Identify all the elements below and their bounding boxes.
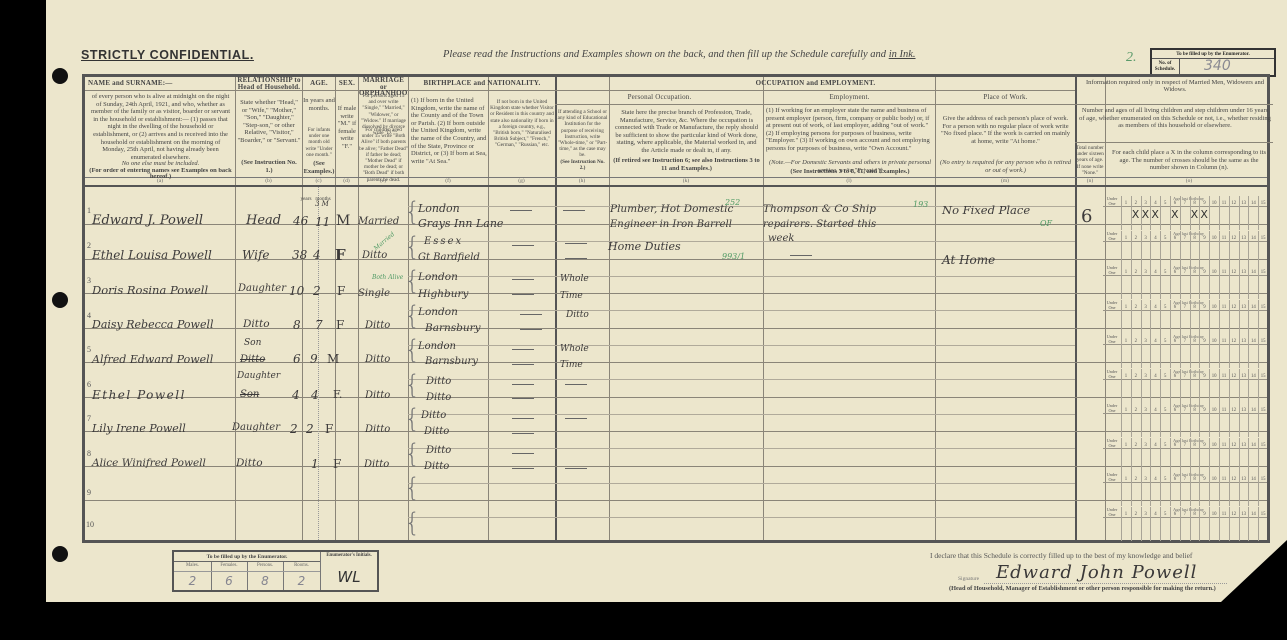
age-column-label: 6 [1170,512,1180,517]
age-years: 6 [293,352,301,366]
age-column-label: 10 [1209,201,1219,206]
declaration-text: I declare that this Schedule is correctl… [930,551,1192,560]
age-months: 11 [315,215,330,229]
age-column-label: 8 [1190,477,1200,482]
schedule-box-label: No. of Schedule. [1154,61,1176,73]
row-number: 4 [87,311,91,320]
row-number: 5 [87,345,91,354]
birthplace-line2: Ditto [424,461,449,472]
marriage-status: Ditto [365,390,390,401]
occupation-line1: Plumber, Hot Domestic [610,203,733,215]
col-ref-d: (d) [335,178,358,184]
age-column-label: 2 [1131,270,1141,275]
birthplace-line1: Ditto [421,410,446,421]
relationship: Son [244,338,261,348]
birthplace-line1: London [418,202,460,215]
age-column-label: 15 [1258,512,1268,517]
header-occupation-footer: (If retired see Instruction 6; see also … [613,157,760,172]
age-column-label: 8 [1190,408,1200,413]
age-note: 3 M [315,200,329,208]
age-column-label: 11 [1219,236,1229,241]
sex: F [335,246,346,264]
age-column-label: 4 [1150,339,1160,344]
birthplace-line1: London [418,271,458,283]
occupation-code: 252 [725,198,740,207]
col-ref-m: (m) [935,178,1075,184]
schedule-number: 340 [1204,58,1231,74]
age-column-label: 10 [1209,270,1219,275]
marriage-annotation: Both Alive [372,274,403,281]
header-age-footer: (See Examples.) [303,160,335,175]
enumerator-box: To be filled up by the Enumerator. Males… [172,550,379,592]
age-column-label: 6 [1170,408,1180,413]
under-one-label: Under One [1104,334,1120,344]
header-name: NAME and SURNAME:— [88,80,233,88]
age-column-label: 13 [1239,374,1249,379]
birthplace-line2: Ditto [424,426,449,437]
age-column-label: 6 [1170,305,1180,310]
age-column-label: 14 [1248,305,1258,310]
age-column-label: 13 [1239,305,1249,310]
age-column-label: 14 [1248,339,1258,344]
age-column-label: 12 [1229,339,1239,344]
age-column-label: 15 [1258,443,1268,448]
age-column-label: 12 [1229,477,1239,482]
punch-hole [52,292,68,308]
under-one-label: Under One [1104,472,1120,482]
age-column-label: 3 [1141,408,1151,413]
header-age: AGE. [303,80,335,88]
rooms-label: Rooms. [283,563,320,568]
employer-line3: week [768,233,794,244]
birthplace-line2: Barnsbury [425,356,478,367]
age-grid: Under OneAge last birthday12345678910111… [1103,438,1267,472]
person-name: Ethel Powell [92,388,186,402]
age-column-label: 4 [1150,477,1160,482]
age-column-label: 3 [1141,270,1151,275]
under-one-label: Under One [1104,507,1120,517]
birthplace-line2: Gt Bardfield [418,252,480,263]
initials-label: Enumerator's Initials. [321,553,377,558]
marriage-status: Ditto [362,250,387,261]
birthplace-line1: London [418,306,458,318]
place-of-work: At Home [942,253,995,267]
age-years: 2 [290,422,298,436]
header-employment-body: (1) If working for an employer state the… [766,107,934,153]
age-column-label: 2 [1131,477,1141,482]
age-column-label: 14 [1248,512,1258,517]
header-school-body: If attending a School or any kind of Edu… [557,109,608,159]
age-column-label: 5 [1160,477,1170,482]
school-attendance: Whole Time [560,271,596,305]
sex: F [325,422,333,436]
relationship: Daughter [238,283,286,294]
age-column-label: 12 [1229,408,1239,413]
age-column-label: 4 [1150,270,1160,275]
age-column-label: 1 [1121,512,1131,517]
header-sex-body: If male write "M." if female write "F." [336,105,358,151]
age-column-label: 5 [1160,339,1170,344]
header-name-body: of every person who is alive at midnight… [89,93,232,161]
col-ref-l: (l) [763,178,935,184]
header-employment: Employment. [764,94,935,102]
age-column-label: 7 [1180,374,1190,379]
header-occupation-body: State here the precise branch of Profess… [613,109,760,155]
child-age-cross: X [1151,208,1159,221]
child-age-cross: X [1171,208,1179,221]
age-column-label: 6 [1170,236,1180,241]
persons-label: Persons. [247,563,283,568]
age-column-label: 15 [1258,270,1268,275]
age-column-label: 14 [1248,443,1258,448]
age-column-label: 1 [1121,477,1131,482]
age-column-label: 8 [1190,305,1200,310]
age-column-label: 13 [1239,443,1249,448]
age-column-label: 12 [1229,270,1239,275]
age-column-label: 7 [1180,512,1190,517]
age-years: 4 [292,388,300,402]
relationship-struck: Son [240,389,259,400]
person-name: Doris Rosina Powell [92,283,208,297]
birthplace-line2: Highbury [418,288,468,300]
birthplace-line2: Grays Inn Lane [418,217,503,230]
row-number: 2 [87,241,91,250]
age-column-label: 7 [1180,477,1190,482]
age-column-label: 7 [1180,443,1190,448]
relationship: Daughter [237,371,280,381]
header-birthplace: BIRTHPLACE and NATIONALITY. [409,80,555,88]
age-column-label: 3 [1141,443,1151,448]
age-column-label: 3 [1141,374,1151,379]
age-column-label: 2 [1131,236,1141,241]
sex: F [333,457,341,471]
age-column-label: 4 [1150,305,1160,310]
age-column-label: 12 [1229,512,1239,517]
age-months: 2 [313,284,321,298]
instructions-text: Please read the Instructions and Example… [443,49,889,60]
age-years: 46 [293,214,308,228]
occupation-code: 993/1 [722,252,745,261]
age-column-label: 14 [1248,270,1258,275]
punch-hole [52,546,68,562]
age-column-label: 14 [1248,201,1258,206]
age-column-label: 12 [1229,236,1239,241]
sex: F [337,284,345,298]
sex: M [336,213,350,229]
household-schedule-table: NAME and SURNAME:— of every person who i… [82,74,1270,543]
age-column-label: 5 [1160,408,1170,413]
age-column-label: 10 [1209,443,1219,448]
col-ref-b: (b) [235,178,302,184]
age-grid: Under OneAge last birthday12345678910111… [1103,472,1267,506]
age-grid: Under OneAge last birthday12345678910111… [1103,300,1267,334]
age-years: 8 [293,318,301,332]
age-column-label: 13 [1239,201,1249,206]
age-column-label: 15 [1258,408,1268,413]
age-column-label: 9 [1199,236,1209,241]
age-column-label: 3 [1141,512,1151,517]
enumerator-heading: To be filled up by the Enumerator. [174,552,320,562]
header-place-of-work-note: (No entry is required for any person who… [938,159,1073,174]
margin-mark: 2. [1126,50,1137,66]
relationship: Ditto [243,318,270,330]
birthplace-line1: Essex [424,236,463,247]
age-years: 38 [292,248,307,262]
males-label: Males. [174,563,211,568]
school-attendance: Ditto [566,307,598,323]
punch-hole [52,68,68,84]
age-column-label: 10 [1209,374,1219,379]
age-column-label: 1 [1121,374,1131,379]
birthplace-line2: Barnsbury [425,322,481,334]
header-relationship: RELATIONSHIP to Head of Household. [236,77,302,90]
col-ref-a: (a) [85,178,235,184]
row-number: 8 [87,449,91,458]
header-sex: SEX. [336,80,358,88]
age-column-label: 10 [1209,339,1219,344]
col-ref-h: (h) [555,178,609,184]
marriage-status: Ditto [365,320,390,331]
age-column-label: 5 [1160,270,1170,275]
age-grid: Under OneAge last birthday12345678910111… [1103,403,1267,437]
col-ref-g: (g) [488,178,555,184]
person-name: Alfred Edward Powell [92,353,213,366]
age-column-label: 1 [1121,408,1131,413]
sex: F. [333,388,342,401]
age-months: 4 [313,248,321,262]
under-one-label: Under One [1104,231,1120,241]
age-grid: Under OneAge last birthday12345678910111… [1103,334,1267,368]
col-ref-e: (e) [358,178,408,184]
col-ref-k: (k) [609,178,763,184]
header-age-small: For infants under one month old write "U… [303,127,335,158]
age-column-label: 5 [1160,236,1170,241]
age-column-label: 2 [1131,201,1141,206]
age-column-label: 11 [1219,305,1229,310]
birthplace-line2: Ditto [426,392,451,403]
col-ref-c: (c) [302,178,335,184]
age-column-label: 13 [1239,236,1249,241]
header-birthplace-body: (1) If born in the United Kingdom, write… [411,97,487,165]
row-number: 6 [87,380,91,389]
birthplace-line1: London [418,341,456,352]
birthplace-line1: Ditto [426,376,451,387]
age-column-label: 14 [1248,374,1258,379]
under-one-label: Under One [1104,438,1120,448]
row-number: 7 [87,414,91,423]
employer-code: 193 [913,200,928,209]
age-column-label: 15 [1258,236,1268,241]
relationship: Daughter [232,422,280,433]
age-column-label: 5 [1160,305,1170,310]
header-occupation: OCCUPATION and EMPLOYMENT. [556,80,1075,88]
marriage-status: Single [358,288,390,299]
age-column-label: 8 [1190,339,1200,344]
relationship-struck: Ditto [240,354,265,365]
row-number: 3 [87,276,91,285]
age-column-label: 2 [1131,339,1141,344]
age-column-label: 4 [1150,201,1160,206]
age-column-label: 3 [1141,339,1151,344]
age-years: 10 [289,284,304,298]
page-title: STRICTLY CONFIDENTIAL. [81,48,254,62]
under-one-label: Under One [1104,196,1120,206]
age-column-label: 2 [1131,512,1141,517]
age-column-label: 2 [1131,374,1141,379]
age-column-label: 8 [1190,443,1200,448]
age-column-label: 4 [1150,374,1160,379]
occupation-line1: Home Duties [608,240,681,253]
school-attendance: Whole Time [560,341,596,373]
age-column-label: 1 [1121,305,1131,310]
age-column-label: 3 [1141,477,1151,482]
age-column-label: 14 [1248,236,1258,241]
males-count: 2 [174,574,211,588]
age-column-label: 9 [1199,477,1209,482]
sex: M [327,352,339,366]
age-column-label: 15 [1258,339,1268,344]
header-place-of-work: Place of Work. [936,94,1075,102]
age-column-label: 7 [1180,236,1190,241]
header-name-note: No one else must be included. [89,160,232,168]
age-column-label: 11 [1219,443,1229,448]
age-column-label: 9 [1199,305,1209,310]
age-column-label: 3 [1141,201,1151,206]
age-column-label: 5 [1160,443,1170,448]
age-column-label: 1 [1121,236,1131,241]
relationship: Wife [242,248,270,262]
col-ref-n: (n) [1075,178,1105,184]
age-column-label: 2 [1131,305,1141,310]
birthplace-line1: Ditto [426,445,451,456]
age-column-label: 13 [1239,408,1249,413]
age-column-label: 1 [1121,201,1131,206]
age-column-label: 8 [1190,270,1200,275]
age-column-label: 5 [1160,374,1170,379]
age-column-label: 11 [1219,512,1229,517]
age-column-label: 8 [1190,374,1200,379]
age-column-label: 11 [1219,339,1229,344]
age-column-label: 6 [1170,374,1180,379]
child-age-cross: X [1191,208,1199,221]
marriage-status: Ditto [364,459,389,470]
age-months: 1 [311,457,319,471]
age-column-label: 15 [1258,305,1268,310]
relationship: Ditto [236,457,263,469]
age-column-label: 9 [1199,201,1209,206]
age-column-label: 12 [1229,443,1239,448]
age-column-label: 11 [1219,374,1229,379]
age-column-label: 13 [1239,477,1249,482]
header-relationship-body: State whether "Head," or "Wife," "Mother… [237,99,301,145]
age-column-label: 11 [1219,477,1229,482]
header-children-body: Number and ages of all living children a… [1079,107,1271,130]
age-column-label: 7 [1180,339,1190,344]
employer-line1: Thompson & Co Ship [763,203,876,215]
employer-line2: repairers. Started this [763,219,876,230]
header-crosses: For each child place a X in the column c… [1109,149,1269,172]
rooms-count: 2 [283,574,320,588]
age-column-label: 1 [1121,443,1131,448]
age-column-label: 7 [1180,408,1190,413]
age-column-label: 13 [1239,512,1249,517]
age-column-label: 1 [1121,270,1131,275]
age-column-label: 9 [1199,512,1209,517]
age-column-label: 12 [1229,374,1239,379]
age-column-label: 9 [1199,374,1209,379]
age-column-label: 11 [1219,270,1229,275]
under-one-label: Under One [1104,265,1120,275]
header-place-of-work-body: Give the address of each person's place … [938,115,1073,145]
age-months: 4 [311,388,319,402]
age-column-label: 5 [1160,201,1170,206]
age-grid: Under OneAge last birthday12345678910111… [1103,507,1267,541]
child-age-cross: X [1142,208,1150,221]
age-column-label: 2 [1131,408,1141,413]
age-column-label: 10 [1209,477,1219,482]
age-column-label: 6 [1170,201,1180,206]
marriage-status: Ditto [365,424,390,435]
header-total-children: Total number under sixteen years of age.… [1076,145,1104,176]
marriage-status: Ditto [365,354,390,365]
signature-caption: (Head of Household, Manager of Establish… [949,585,1216,592]
marriage-status: Married [358,216,399,227]
age-column-label: 10 [1209,408,1219,413]
occupation-line2: Engineer in Iron Barrell [610,219,732,230]
signature-label: Signature [958,576,979,582]
age-column-label: 10 [1209,305,1219,310]
row-number: 1 [87,206,91,215]
enumerator-initials: WL [321,568,377,586]
person-name: Lily Irene Powell [92,422,186,435]
age-column-label: 5 [1160,512,1170,517]
person-name: Ethel Louisa Powell [92,248,212,262]
age-months: 9 [310,352,318,366]
age-column-label: 1 [1121,339,1131,344]
age-column-label: 14 [1248,477,1258,482]
header-married-info: Information required only in respect of … [1077,79,1273,93]
signature: Edward John Powell [996,562,1197,583]
header-employment-footer: (See Instructions 3 to 8, 11, and Exampl… [766,168,934,176]
schedule-instructions: Please read the Instructions and Example… [443,49,916,60]
row-number: 9 [87,488,91,497]
age-column-label: 3 [1141,236,1151,241]
under-one-label: Under One [1104,369,1120,379]
schedule-number-box: To be filled up by the Enumerator. No. o… [1150,48,1276,77]
person-name: Alice Winifred Powell [92,457,206,469]
under-one-label: Under One [1104,300,1120,310]
age-column-label: 14 [1248,408,1258,413]
age-column-label: 13 [1239,270,1249,275]
age-column-label: 10 [1209,236,1219,241]
age-column-label: 4 [1150,512,1160,517]
sex: F [336,318,344,332]
females-label: Females. [211,563,247,568]
age-column-label: 4 [1150,443,1160,448]
age-column-label: 15 [1258,201,1268,206]
age-column-label: 6 [1170,339,1180,344]
age-column-label: 4 [1150,236,1160,241]
age-column-label: 3 [1141,305,1151,310]
age-column-label: 12 [1229,201,1239,206]
age-grid: Under OneAge last birthday12345678910111… [1103,196,1267,230]
age-column-label: 9 [1199,339,1209,344]
age-column-label: 9 [1199,408,1209,413]
age-column-label: 11 [1219,201,1229,206]
person-name: Edward J. Powell [92,213,203,228]
header-marriage-small: For children aged under 15 write "Both A… [359,127,408,183]
in-ink-text: in Ink. [889,49,916,60]
